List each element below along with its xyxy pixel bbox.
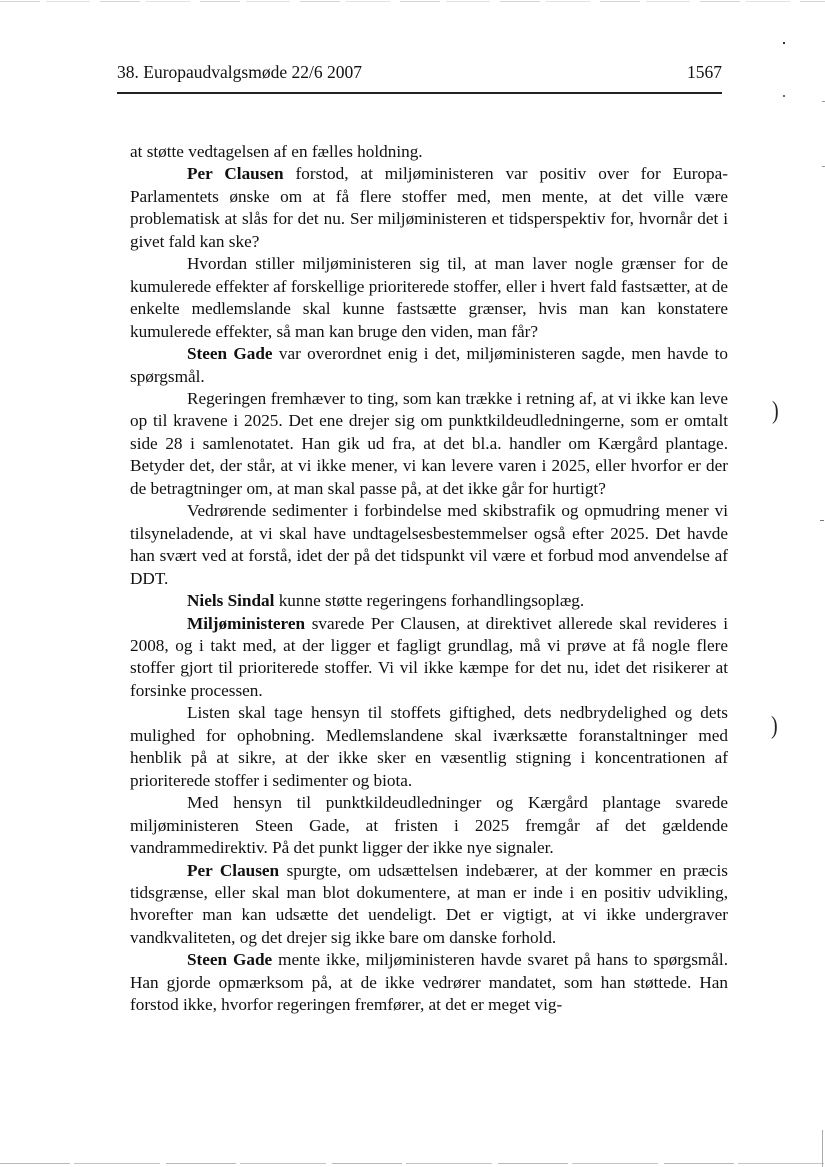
speaker-name: Per Clausen xyxy=(187,164,284,183)
speaker-name: Steen Gade xyxy=(187,950,272,969)
scan-edge-top xyxy=(0,1,825,2)
paragraph: Med hensyn til punktkildeudledninger og … xyxy=(130,792,728,859)
margin-bracket-mark: ) xyxy=(771,712,778,741)
document-page: 38. Europaudvalgsmøde 22/6 2007 1567 at … xyxy=(0,0,825,1167)
page-number: 1567 xyxy=(687,60,722,84)
speaker-name: Niels Sindal xyxy=(187,591,274,610)
paragraph: Steen Gade mente ikke, miljøministeren h… xyxy=(130,949,728,1016)
page-header: 38. Europaudvalgsmøde 22/6 2007 1567 xyxy=(117,60,722,84)
speaker-name: Per Clausen xyxy=(187,861,279,880)
paragraph: Hvordan stiller miljøministeren sig til,… xyxy=(130,253,728,343)
speaker-name: Steen Gade xyxy=(187,344,273,363)
scan-edge-bottom xyxy=(0,1163,825,1164)
paragraph: Regeringen fremhæver to ting, som kan tr… xyxy=(130,388,728,500)
paragraph: Per Clausen spurgte, om udsættelsen inde… xyxy=(130,860,728,950)
paragraph: Niels Sindal kunne støtte regeringens fo… xyxy=(130,590,728,612)
paragraph: Vedrørende sedimenter i forbindelse med … xyxy=(130,500,728,590)
scan-speck xyxy=(783,42,785,44)
paragraph: Listen skal tage hensyn til stoffets gif… xyxy=(130,702,728,792)
margin-bracket-mark: ) xyxy=(772,397,779,426)
body-text: at støtte vedtagelsen af en fælles holdn… xyxy=(130,141,728,1017)
paragraph: Per Clausen forstod, at miljøministeren … xyxy=(130,163,728,253)
scan-speck xyxy=(783,95,785,97)
paragraph: Miljøministeren svarede Per Clausen, at … xyxy=(130,613,728,703)
paragraph: at støtte vedtagelsen af en fælles holdn… xyxy=(130,141,728,163)
scan-tick xyxy=(820,520,824,521)
meeting-title: 38. Europaudvalgsmøde 22/6 2007 xyxy=(117,60,362,84)
scan-edge-right xyxy=(822,1130,823,1167)
speaker-name: Miljøministeren xyxy=(187,614,305,633)
paragraph: Steen Gade var overordnet enig i det, mi… xyxy=(130,343,728,388)
header-divider xyxy=(117,92,722,94)
